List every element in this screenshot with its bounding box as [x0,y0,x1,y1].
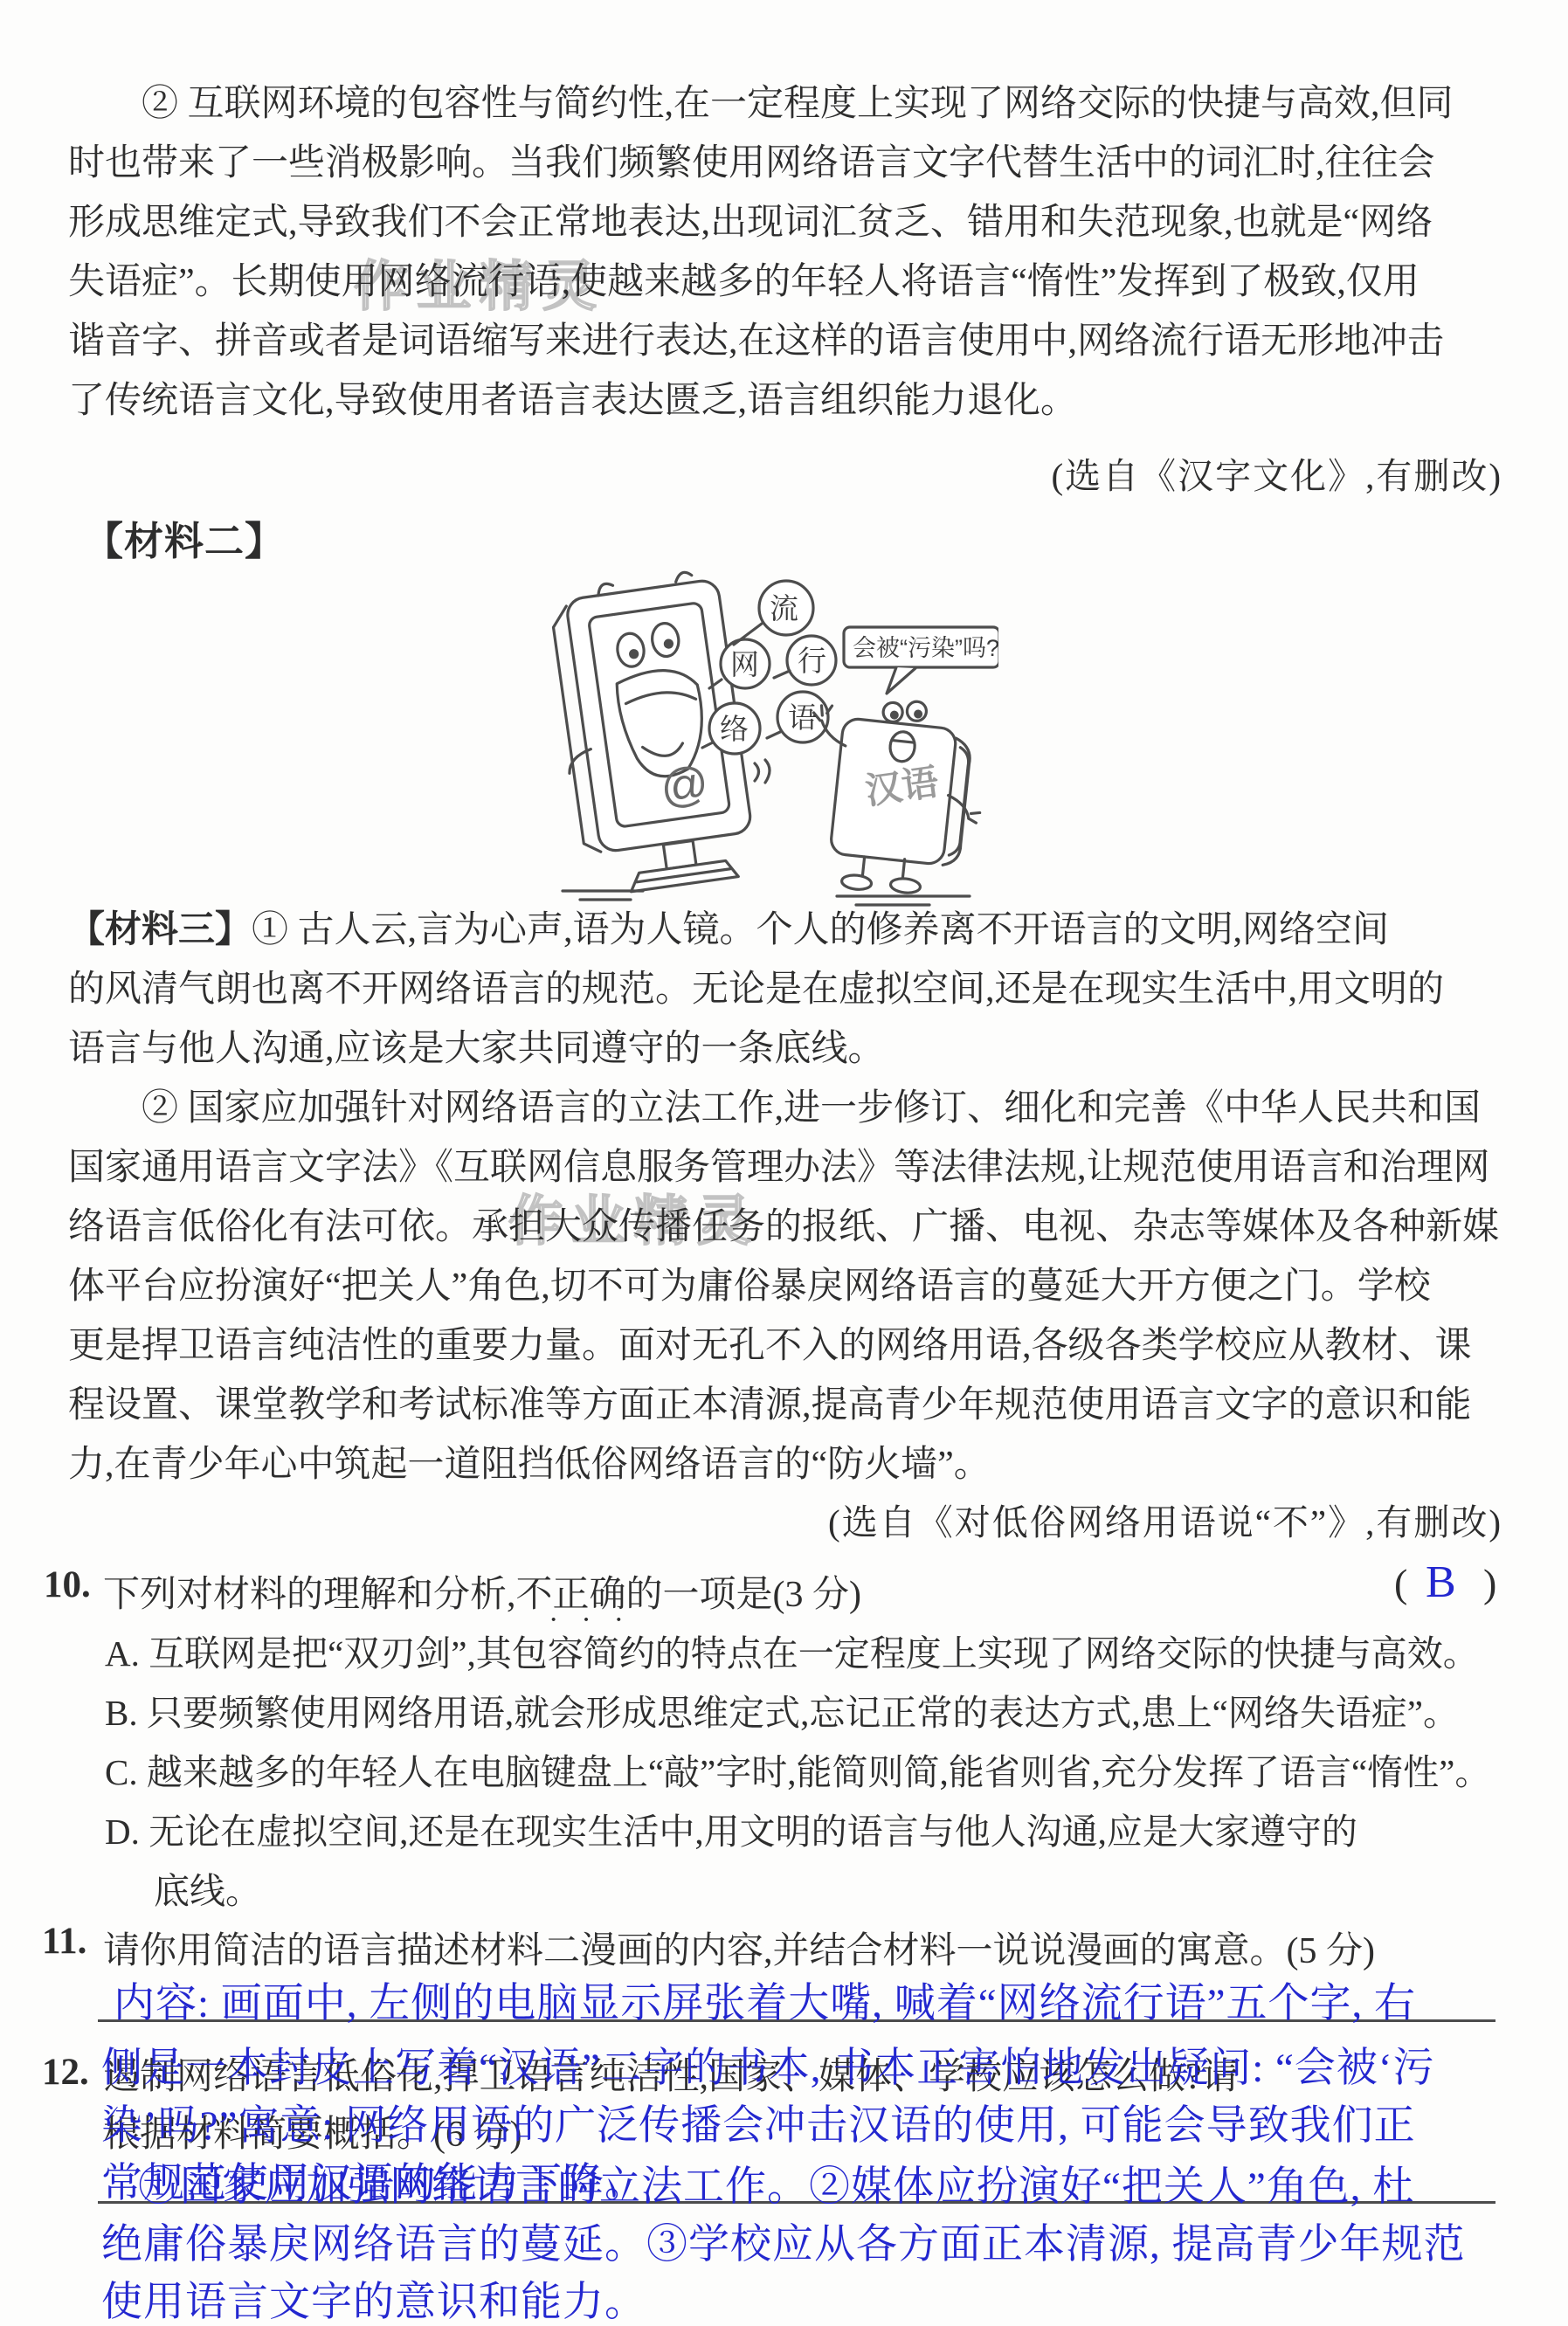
material3-paragraph1: 的风清气朗也离不开网络语言的规范。无论是在虚拟空间,还是在现实生活中,用文明的语… [68,960,1508,1079]
material3-source: (选自《对低俗网络用语说“不”》,有删改) [828,1494,1502,1545]
text-line: 形成思维定式,导致我们不会正常地表达,出现词汇贫乏、错用和失范现象,也就是“网络 [68,193,1508,252]
text-line: 失语症”。长期使用网络流行语,使越来越多的年轻人将语言“惰性”发挥到了极致,仅用 [68,252,1508,312]
q10-option-c: C. 越来越多的年轻人在电脑键盘上“敲”字时,能简则简,能省则省,充分发挥了语言… [105,1743,1490,1795]
text-line: 体平台应扮演好“把关人”角色,切不可为庸俗暴戾网络语言的蔓延大开方便之门。学校 [68,1257,1508,1316]
q10-stem: 下列对材料的理解和分析,不正确的一项是(3 分) [103,1565,861,1618]
text-line: 时也带来了一些消极影响。当我们频繁使用网络语言文字代替生活中的词汇时,往往会 [68,134,1508,193]
q10-answer-paren-open: ( [1394,1560,1407,1606]
q11-answer-line3: 染’吗?”寓意: 网络用语的广泛传播会冲击汉语的使用, 可能会导致我们正 [101,2093,1416,2151]
q10-option-a: A. 互联网是把“双刃剑”,其包容简约的特点在一定程度上实现了网络交际的快捷与高… [105,1625,1479,1676]
q12-number: 12. [42,2051,89,2094]
exam-page: 作业精灵 作业精灵 ② 互联网环境的包容性与简约性,在一定程度上实现了网络交际的… [0,0,1568,2326]
q11-stem: 请你用简洁的语言描述材料二漫画的内容,并结合材料一说说漫画的寓意。(5 分) [103,1922,1375,1974]
q12-answer-line1: ①国家应加强网络语言的立法工作。②媒体应扮演好“把关人”角色, 杜 [138,2154,1414,2212]
at-symbol: @ [657,756,712,815]
material3-first-line: 【材料三】① 古人云,言为心声,语为人镜。个人的修养离不开语言的文明,网络空间 [68,901,1389,960]
text-line: 谐音字、拼音或者是词语缩写来进行表达,在这样的语言使用中,网络流行语无形地冲击 [68,312,1508,371]
q10-answer: B [1426,1556,1457,1608]
bubble-char-luo: 络 [720,713,749,745]
material2-heading: 【材料二】 [84,509,285,566]
material3-paragraph2: ② 国家应加强针对网络语言的立法工作,进一步修订、细化和完善《中华人民共和国国家… [68,1079,1508,1494]
q10-option-d-line2: 底线。 [154,1862,261,1914]
bubble-char-yu: 语 [788,701,817,734]
text-line: ② 互联网环境的包容性与简约性,在一定程度上实现了网络交际的快捷与高效,但同 [68,74,1508,134]
material3-heading: 【材料三】 [68,910,252,950]
text-line: 络语言低俗化有法可依。承担大众传播任务的报纸、广播、电视、杂志等媒体及各种新媒 [68,1198,1508,1257]
bubble-char-xing: 行 [798,645,826,677]
q11-number: 11. [42,1920,86,1963]
text-line: 程设置、课堂教学和考试标准等方面正本清源,提高青少年规范使用语言文字的意识和能 [68,1376,1508,1435]
text-line: ② 国家应加强针对网络语言的立法工作,进一步修订、细化和完善《中华人民共和国 [68,1079,1508,1138]
text-line: 了传统语言文化,导致使用者语言表达匮乏,语言组织能力退化。 [68,371,1508,431]
q12-answer-line3: 使用语言文字的意识和能力。 [101,2269,646,2326]
material1-paragraph2: ② 互联网环境的包容性与简约性,在一定程度上实现了网络交际的快捷与高效,但同时也… [68,74,1508,431]
q12-answer-line2: 绝庸俗暴戾网络语言的蔓延。③学校应从各方面正本清源, 提高青少年规范 [101,2212,1466,2270]
text-line: 力,在青少年心中筑起一道阻挡低俗网络语言的“防火墙”。 [68,1435,1508,1494]
book-bubble-text: 会被“污染”吗? [853,635,998,661]
material2-cartoon: @ [549,566,998,917]
q10-option-b: B. 只要频繁使用网络用语,就会形成思维定式,忘记正常的表达方式,患上“网络失语… [105,1684,1459,1736]
q10-number: 10. [44,1563,91,1606]
text-line: 国家通用语言文字法》《互联网信息服务管理办法》等法律法规,让规范使用语言和治理网 [68,1138,1508,1198]
bubble-char-liu: 流 [770,592,798,625]
text-line: 的风清气朗也离不开网络语言的规范。无论是在虚拟空间,还是在现实生活中,用文明的 [68,960,1508,1019]
q10-option-d-line1: D. 无论在虚拟空间,还是在现实生活中,用文明的语言与他人沟通,应是大家遵守的 [105,1803,1357,1854]
text-line: 语言与他人沟通,应该是大家共同遵守的一条底线。 [68,1019,1508,1079]
bubble-char-wang: 网 [730,648,759,680]
material1-source: (选自《汉字文化》,有删改) [1051,447,1502,499]
q11-answer-line1: 内容: 画面中, 左侧的电脑显示屏张着大嘴, 喊着“网络流行语”五个字, 右 [114,1971,1416,2029]
text-line: 更是捍卫语言纯洁性的重要力量。面对无孔不入的网络用语,各级各类学校应从教材、课 [68,1316,1508,1376]
material3-first-line-rest: ① 古人云,言为心声,语为人镜。个人的修养离不开语言的文明,网络空间 [252,910,1389,950]
q10-answer-paren-close: ) [1483,1560,1496,1606]
q11-answer-line2: 侧是一本封皮上写着“汉语”二字的书本, 书本正害怕地发出疑问: “会被‘污 [101,2035,1435,2094]
